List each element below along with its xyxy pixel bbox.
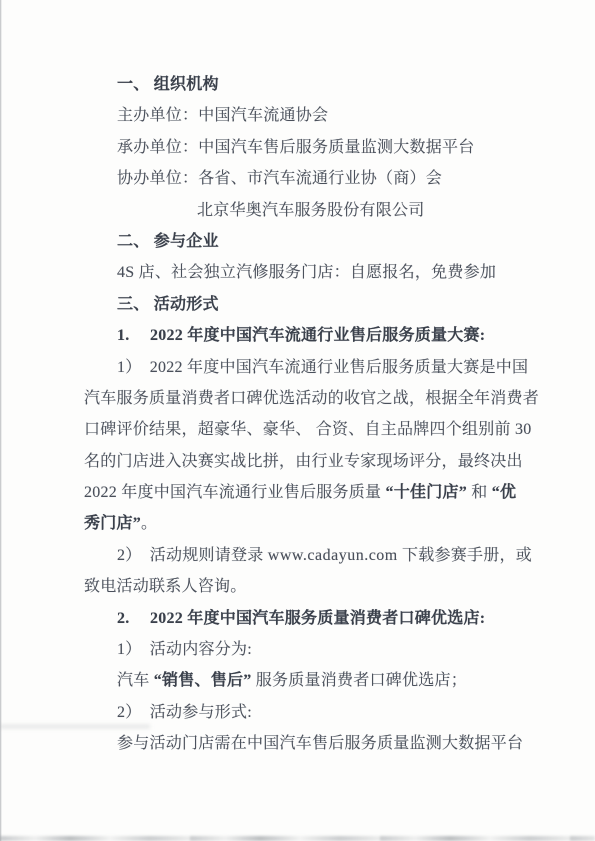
award-excellent-stores-phrase-end: 秀门店” (84, 515, 141, 532)
activity-website-url: www.cadayun.com (268, 547, 398, 564)
contest-paragraph-line-1: 1） 2022 年度中国汽车流通行业售后服务质量大赛是中国 (117, 352, 512, 383)
participants-line: 4S 店、社会独立汽修服务门店：自愿报名，免费参加 (117, 257, 512, 288)
koubei-sub-item-2: 2） 活动参与形式: (117, 697, 512, 728)
text-run: 服务质量消费者口碑优选店； (252, 672, 468, 689)
text-run: 下载参赛手册，或 (398, 547, 532, 564)
koubei-sub-item-2-body: 参与活动门店需在中国汽车售后服务质量监测大数据平台 (117, 728, 512, 759)
document-page: 一、 组织机构 主办单位：中国汽车流通协会 承办单位：中国汽车售后服务质量监测大… (0, 0, 595, 841)
contest-paragraph-line-3: 口碑评价结果，超豪华、豪华、 合资、自主品牌四个组别前 30 (84, 414, 512, 445)
section-2-heading: 二、 参与企业 (117, 226, 512, 257)
award-top10-stores-phrase: “十佳门店” (386, 484, 468, 501)
sales-aftersales-phrase: “销售、售后” (154, 672, 252, 689)
rules-line-2: 致电活动联系人咨询。 (84, 571, 512, 602)
co-organizer-second-line: 北京华奥汽车服务股份有限公司 (197, 195, 512, 226)
co-organizer-unit-line: 协办单位：各省、市汽车流通行业协（商）会 (117, 163, 512, 194)
text-run: 。 (141, 515, 157, 532)
contest-paragraph-line-5: 2022 年度中国汽车流通行业售后服务质量 “十佳门店” 和 “优 (84, 477, 512, 508)
text-run: 2022 年度中国汽车流通行业售后服务质量 (84, 484, 386, 501)
koubei-sub-item-1: 1） 活动内容分为: (117, 634, 512, 665)
koubei-item-heading: 2. 2022 年度中国汽车服务质量消费者口碑优选店: (117, 603, 512, 634)
section-3-heading: 三、 活动形式 (117, 289, 512, 320)
text-run: 汽车 (117, 672, 154, 689)
text-run: 和 (467, 484, 492, 501)
undertaker-unit-line: 承办单位：中国汽车售后服务质量监测大数据平台 (117, 132, 512, 163)
host-unit-line: 主办单位：中国汽车流通协会 (117, 100, 512, 131)
contest-paragraph-line-2: 汽车服务质量消费者口碑优选活动的收官之战，根据全年消费者 (84, 383, 512, 414)
text-run: 2） 活动规则请登录 (117, 547, 268, 564)
document-body: 一、 组织机构 主办单位：中国汽车流通协会 承办单位：中国汽车售后服务质量监测大… (84, 69, 512, 760)
contest-item-heading: 1. 2022 年度中国汽车流通行业售后服务质量大赛: (117, 320, 512, 351)
scan-bottom-edge-artifact (0, 836, 595, 841)
section-1-heading: 一、 组织机构 (117, 69, 512, 100)
award-excellent-stores-phrase-start: “优 (492, 484, 517, 501)
contest-paragraph-line-6: 秀门店”。 (84, 508, 512, 539)
contest-paragraph-line-4: 名的门店进入决赛实战比拼，由行业专家现场评分，最终决出 (84, 446, 512, 477)
koubei-sub-item-1-body: 汽车 “销售、售后” 服务质量消费者口碑优选店； (117, 665, 512, 696)
rules-line-1: 2） 活动规则请登录 www.cadayun.com 下载参赛手册，或 (117, 540, 512, 571)
scan-left-edge-artifact (0, 0, 2, 841)
